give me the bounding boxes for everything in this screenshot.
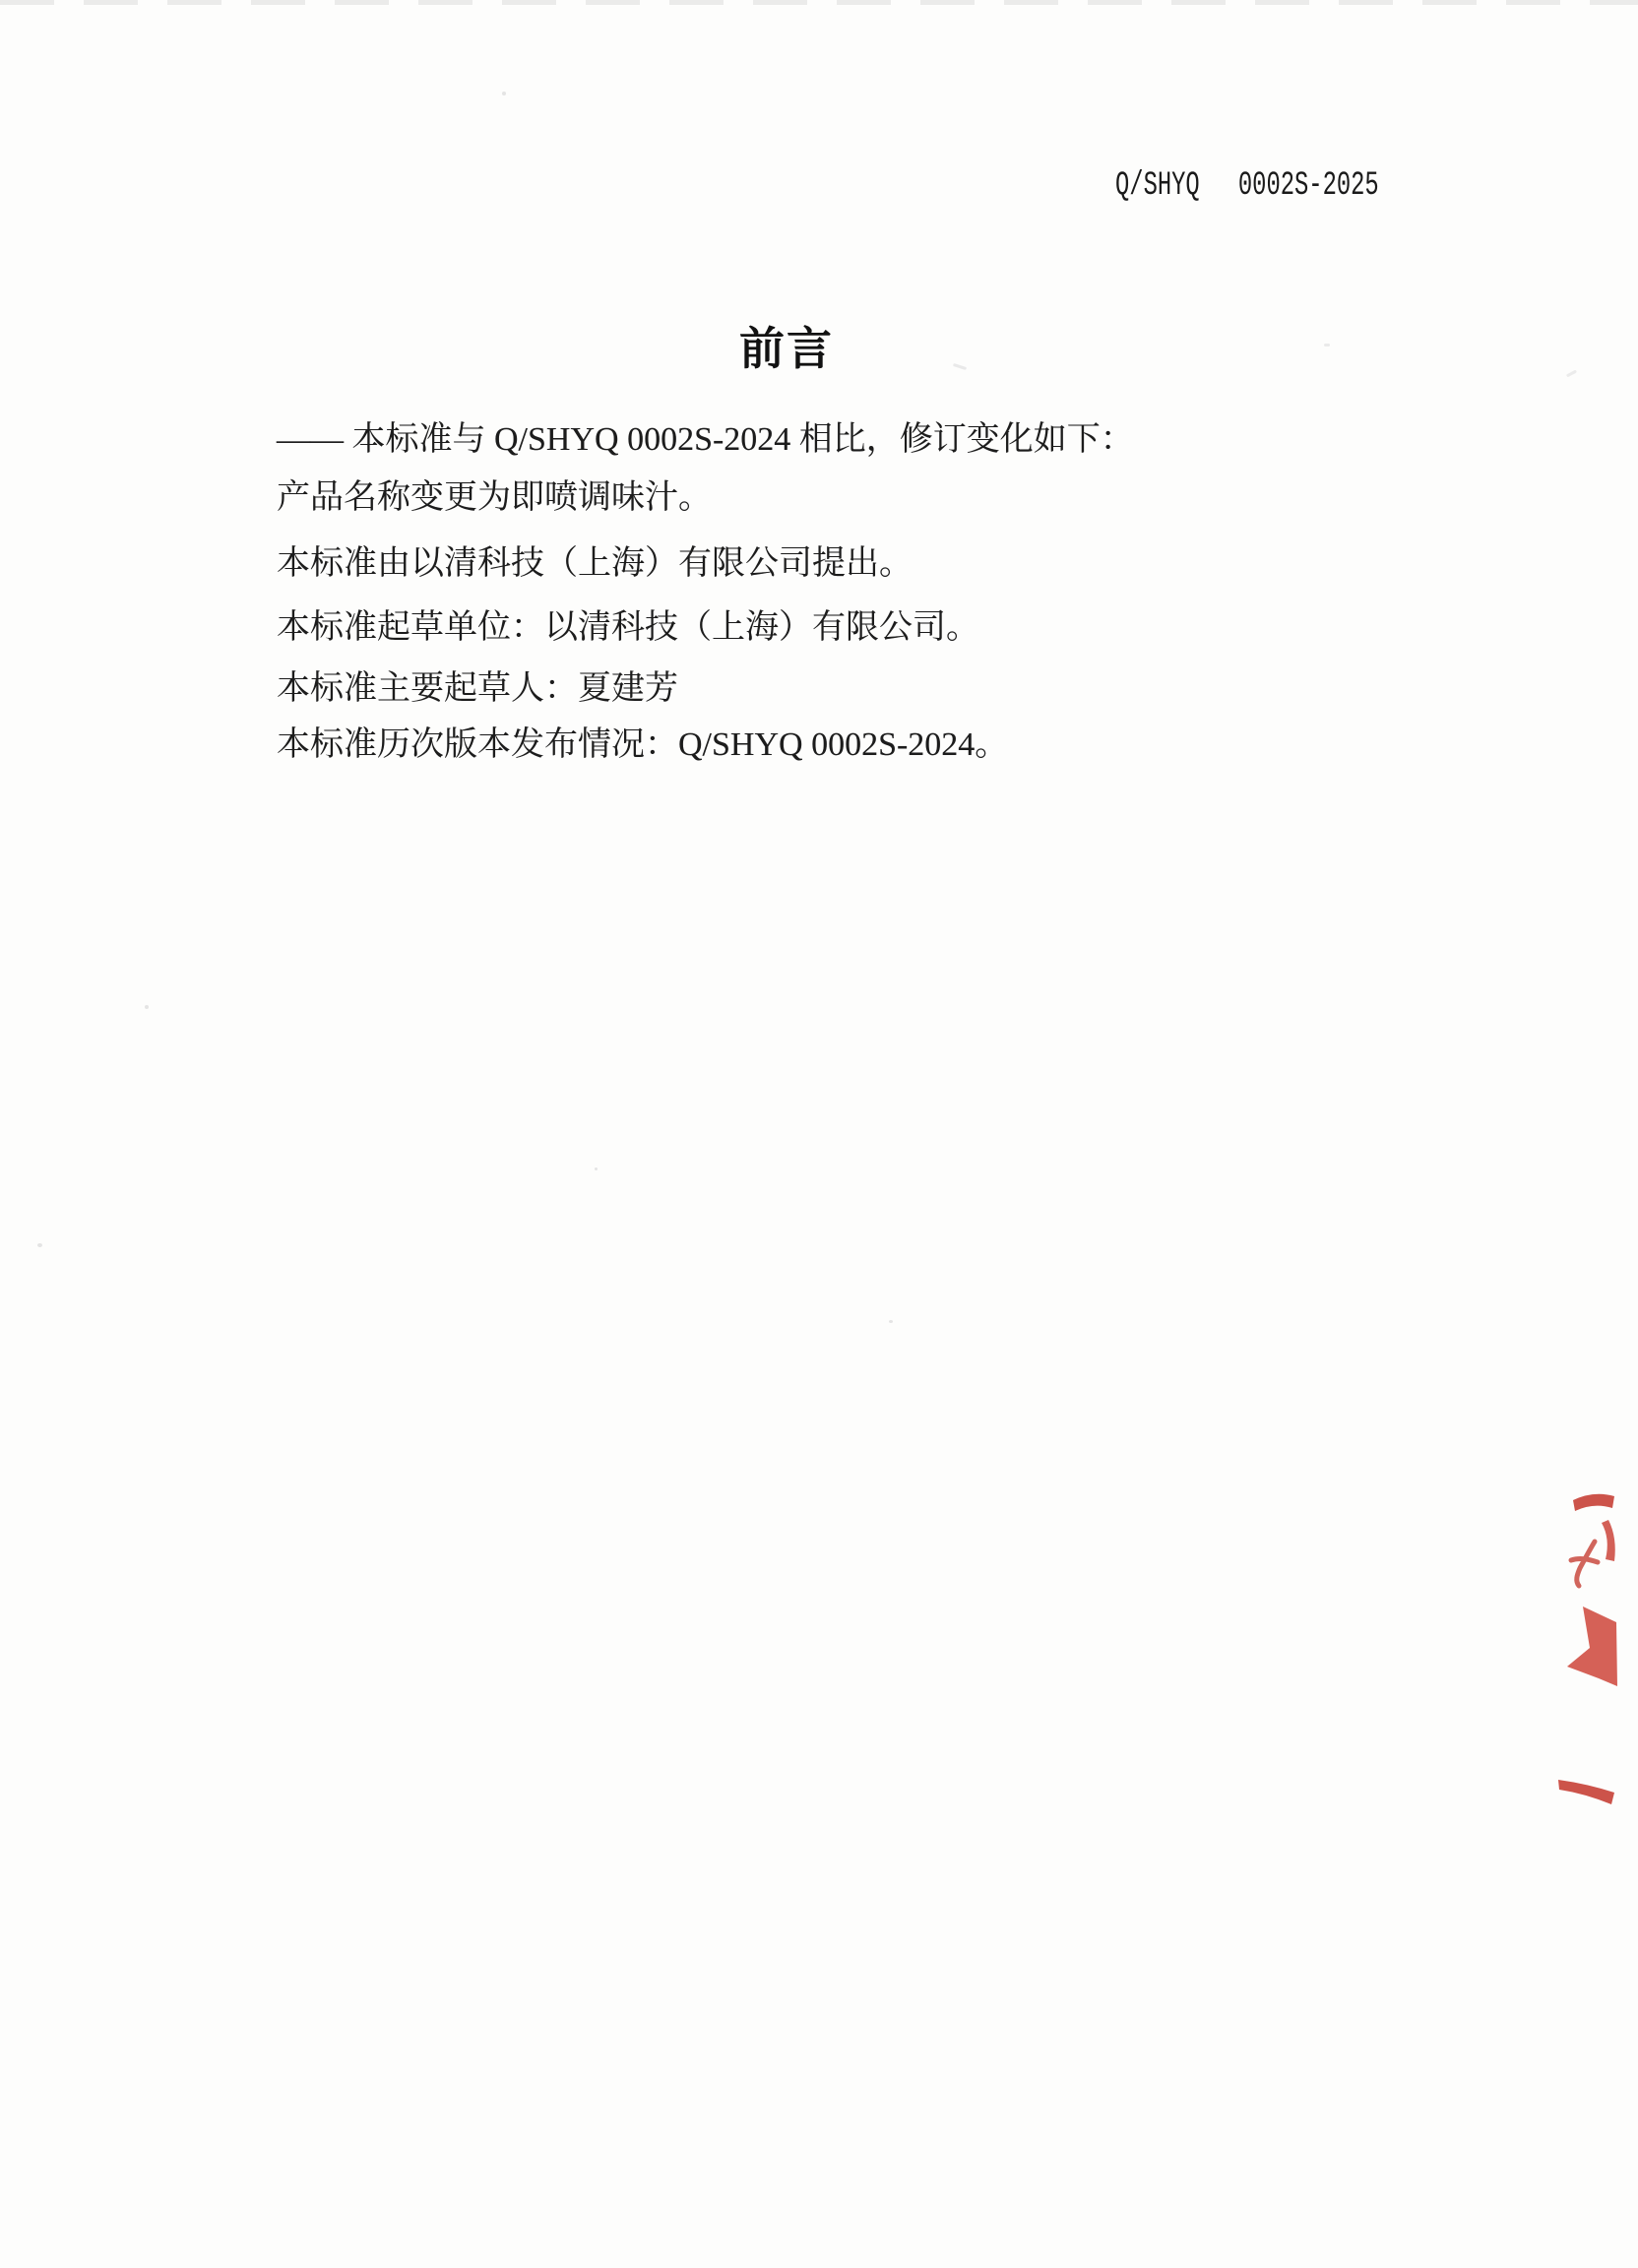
stamp-arc-top (1573, 1494, 1614, 1511)
stamp-star-icon (1567, 1606, 1617, 1686)
scan-speck (502, 92, 506, 95)
scan-speck (1566, 370, 1577, 378)
foreword-main-drafter: 本标准主要起草人：夏建芳 (277, 672, 678, 706)
foreword-version-history: 本标准历次版本发布情况：Q/SHYQ 0002S-2024。 (277, 728, 1008, 762)
scan-artifact-top-edge (0, 0, 1638, 5)
scan-speck (37, 1243, 42, 1247)
foreword-title: 前言 (739, 326, 834, 371)
official-seal-stamp-icon (1549, 1477, 1638, 1821)
foreword-revision-note: —— 本标准与 Q/SHYQ 0002S-2024 相比，修订变化如下： (277, 423, 1134, 457)
stamp-character-stroke (1571, 1542, 1598, 1586)
doc-ref-number: 0002S-2025 (1238, 167, 1379, 205)
scan-speck (1324, 344, 1330, 346)
doc-ref-prefix: Q/SHYQ (1115, 167, 1200, 205)
foreword-proposed-by: 本标准由以清科技（上海）有限公司提出。 (277, 547, 913, 581)
foreword-drafting-unit: 本标准起草单位：以清科技（上海）有限公司。 (277, 611, 979, 645)
scan-speck (889, 1320, 893, 1323)
scan-speck (953, 363, 967, 370)
scan-speck (595, 1167, 598, 1170)
doc-reference: Q/SHYQ0002S-2025 (1115, 169, 1491, 203)
scan-speck (145, 1005, 149, 1009)
scanned-document-page: Q/SHYQ0002S-2025 前言 —— 本标准与 Q/SHYQ 0002S… (0, 0, 1638, 2268)
doc-reference-text: Q/SHYQ0002S-2025 (1115, 169, 1379, 203)
stamp-arc-bottom (1558, 1780, 1614, 1804)
foreword-change-item: 产品名称变更为即喷调味汁。 (277, 481, 712, 515)
stamp-arc-right (1602, 1520, 1615, 1561)
